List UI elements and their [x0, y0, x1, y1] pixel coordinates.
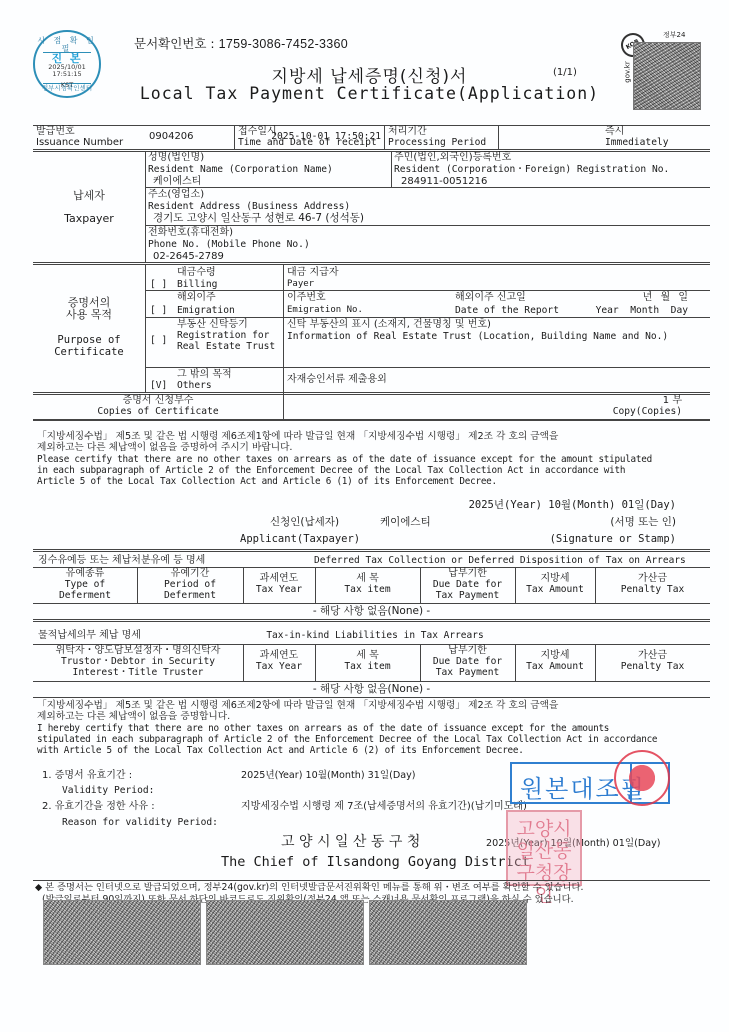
official-seal-stamp: 고양시 일산동 구청장인 — [506, 810, 582, 886]
issuer-en: The Chief of Ilsandong Goyang District — [221, 857, 530, 868]
in-kind-empty: - 해당 사항 없음(None) - — [33, 684, 710, 695]
purpose-label-en-1: Purpose of — [33, 335, 145, 346]
validity-value: 2025년(Year) 10월(Month) 31일(Day) — [241, 770, 416, 781]
deferred-col-0-line-1: Type of — [33, 579, 137, 590]
deferred-col-0-line-2: Deferment — [33, 590, 137, 601]
others-label-ko: 그 밖의 목적 — [177, 369, 232, 380]
deferred-col-6-line-0: 가산금 — [595, 573, 710, 584]
name-label-ko: 성명(법인명) — [148, 152, 204, 163]
copies-value-en: Copy(Copies) — [560, 406, 682, 417]
others-label-en: Others — [177, 380, 212, 391]
applicant-label-ko: 신청인(납세자) — [270, 517, 339, 528]
processing-label-en: Processing Period — [388, 137, 486, 148]
validity-label-ko: 1. 증명서 유효기간 : — [42, 770, 132, 781]
in-kind-col-0-line-0: 위탁자・양도담보설정자・명의신탁자 — [33, 645, 243, 656]
deferred-col-5-line-1: Tax Amount — [515, 584, 595, 595]
report-date-label-en: Date of the Report — [455, 305, 559, 316]
issuer-ko: 고 양 시 일 산 동 구 청 — [281, 837, 420, 848]
barcode-3 — [369, 900, 527, 965]
in-kind-col-1-line-1: Tax Year — [243, 661, 315, 672]
deferred-col-1-line-1: Period of — [137, 579, 243, 590]
reason-label-en: Reason for validity Period: — [62, 817, 218, 828]
in-kind-col-0-line-2: Interest・Title Truster — [33, 667, 243, 678]
in-kind-title-en: Tax-in-kind Liabilities in Tax Arrears — [240, 630, 510, 641]
address-value: 경기도 고양시 일산동구 성현로 46-7 (성석동) — [153, 213, 364, 224]
phone-value: 02-2645-2789 — [153, 251, 224, 262]
processing-value-ko: 즉시 — [605, 126, 624, 137]
request-ko-2: 제외하고는 다른 체납액이 없음을 증명하여 주시기 바랍니다. — [37, 443, 293, 454]
deferred-title-en: Deferred Tax Collection or Deferred Disp… — [314, 555, 674, 566]
in-kind-col-0-line-1: Trustor・Debtor in Security — [33, 656, 243, 667]
others-checkbox[interactable]: [V] — [150, 380, 167, 391]
billing-label-en: Billing — [177, 279, 217, 290]
trust-info-label-en: Information of Real Estate Trust (Locati… — [287, 331, 668, 342]
billing-label-ko: 대금수령 — [177, 267, 216, 278]
address-label-ko: 주소(영업소) — [148, 189, 204, 200]
deferred-col-3-line-0: 세 목 — [315, 573, 420, 584]
deferred-col-1-line-0: 유예기간 — [137, 568, 243, 579]
barcode-2 — [206, 900, 364, 965]
issuance-number-label-ko: 발급번호 — [36, 126, 75, 137]
taxpayer-label-ko: 납세자 — [33, 190, 145, 201]
purpose-label-ko-2: 사용 목적 — [33, 309, 145, 320]
emigration-no-label-en: Emigration No. — [287, 305, 363, 316]
deferred-col-1-line-2: Deferment — [137, 590, 243, 601]
processing-label-ko: 처리기간 — [388, 126, 427, 137]
request-en-3: Article 5 of the Local Tax Collection Ac… — [37, 477, 497, 488]
in-kind-col-3-line-0: 납부기한 — [420, 645, 515, 656]
qr-code — [633, 42, 701, 110]
in-kind-title-ko: 물적납세의무 체납 명세 — [38, 630, 141, 641]
sign-label-en: (Signature or Stamp) — [540, 534, 676, 545]
regno-label-en: Resident (Corporation・Foreign) Registrat… — [394, 164, 669, 175]
in-kind-col-2-line-0: 세 목 — [315, 650, 420, 661]
payer-label-en: Payer — [287, 279, 314, 290]
report-date-label-ko: 해외이주 신고일 — [455, 292, 526, 303]
name-label-en: Resident Name (Corporation Name) — [148, 164, 333, 175]
qr-label: 정부24 — [663, 30, 685, 40]
report-date-ko: 년 월 일 — [600, 292, 688, 303]
deferred-col-4-line-0: 납부기한 — [420, 568, 515, 579]
sign-label-ko: (서명 또는 인) — [560, 517, 676, 528]
issuance-number-value: 0904206 — [149, 131, 194, 142]
receipt-value: 2025-10-01 17:50:21 — [271, 131, 381, 142]
purpose-label-en-2: Certificate — [33, 347, 145, 358]
reason-label-ko: 2. 유효기간을 정한 사유 : — [42, 801, 155, 812]
in-kind-col-5-line-0: 가산금 — [595, 650, 710, 661]
applicant-value: 케이에스티 — [380, 517, 431, 528]
in-kind-col-2-line-1: Tax item — [315, 661, 420, 672]
issuance-number-label-en: Issuance Number — [36, 137, 123, 148]
name-value: 케이에스티 — [153, 176, 201, 187]
copies-value-ko: 1 부 — [560, 395, 682, 406]
deferred-col-0-line-0: 유예종류 — [33, 568, 137, 579]
deferred-col-2-line-0: 과세연도 — [243, 573, 315, 584]
barcode-1 — [43, 900, 201, 965]
reason-value: 지방세징수법 시행령 제 7조(납세증명서의 유효기간)(납기미도래) — [241, 801, 527, 812]
real-estate-label-en-2: Real Estate Trust — [177, 341, 275, 352]
seal-top-text: 시 점 확 인 필 — [35, 37, 99, 53]
cert-en-3: with Article 5 of the Local Tax Collecti… — [37, 746, 524, 757]
emigration-label-ko: 해외이주 — [177, 292, 216, 303]
gov-kr-label: gov.kr — [624, 61, 632, 82]
footer-note-1: ◆ 본 증명서는 인터넷으로 발급되었으며, 정부24(gov.kr)의 인터넷… — [35, 883, 583, 894]
copies-label-en: Copies of Certificate — [33, 406, 283, 417]
billing-checkbox[interactable]: [ ] — [150, 279, 167, 290]
processing-value-en: Immediately — [605, 137, 669, 148]
request-date: 2025년(Year) 10월(Month) 01일(Day) — [440, 500, 676, 511]
in-kind-col-5-line-1: Penalty Tax — [595, 661, 710, 672]
document-confirm-number: 문서확인번호 : 1759-3086-7452-3360 — [134, 34, 348, 52]
address-label-en: Resident Address (Business Address) — [148, 201, 350, 212]
deferred-col-2-line-1: Tax Year — [243, 584, 315, 595]
validity-label-en: Validity Period: — [62, 785, 154, 796]
deferred-col-6-line-1: Penalty Tax — [595, 584, 710, 595]
deferred-col-4-line-1: Due Date for — [420, 579, 515, 590]
page-count: (1/1) — [553, 67, 577, 78]
real-estate-label-ko: 부동산 신탁등기 — [177, 319, 248, 330]
page-title-english: Local Tax Payment Certificate(Applicatio… — [0, 84, 729, 103]
regno-label-ko: 주민(법인,외국인)등록번호 — [394, 152, 511, 163]
doc-confirm-value: 1759-3086-7452-3360 — [219, 37, 348, 51]
trust-info-label-ko: 신탁 부동산의 표시 (소재지, 건물명칭 및 번호) — [287, 319, 491, 330]
phone-label-ko: 전화번호(휴대전화) — [148, 227, 233, 238]
emigration-label-en: Emigration — [177, 305, 235, 316]
applicant-label-en: Applicant(Taxpayer) — [240, 534, 360, 545]
in-kind-col-4-line-1: Tax Amount — [515, 661, 595, 672]
deferred-col-5-line-0: 지방세 — [515, 573, 595, 584]
taxpayer-label-en: Taxpayer — [33, 213, 145, 224]
in-kind-col-3-line-2: Tax Payment — [420, 667, 515, 678]
purpose-label-ko-1: 증명서의 — [33, 297, 145, 308]
copies-label-ko: 증명서 신청부수 — [33, 395, 283, 406]
doc-confirm-label: 문서확인번호 : — [134, 36, 215, 51]
in-kind-col-3-line-1: Due Date for — [420, 656, 515, 667]
emigration-no-label-ko: 이주번호 — [287, 292, 326, 303]
real-estate-checkbox[interactable]: [ ] — [150, 335, 167, 346]
payer-label-ko: 대금 지급자 — [287, 267, 338, 278]
deferred-col-4-line-2: Tax Payment — [420, 590, 515, 601]
in-kind-col-4-line-0: 지방세 — [515, 650, 595, 661]
emigration-checkbox[interactable]: [ ] — [150, 305, 167, 316]
deferred-col-3-line-1: Tax item — [315, 584, 420, 595]
others-value: 자재승인서류 제출용외 — [287, 374, 387, 385]
in-kind-col-1-line-0: 과세연도 — [243, 650, 315, 661]
cert-ko-2: 제외하고는 다른 체납액이 없음을 증명합니다. — [37, 712, 230, 723]
deferred-title-ko: 징수유예등 또는 체납처분유예 등 명세 — [38, 555, 205, 566]
regno-value: 284911-0051216 — [401, 176, 487, 187]
red-round-seal-icon — [614, 750, 670, 806]
deferred-empty: - 해당 사항 없음(None) - — [33, 606, 710, 617]
phone-label-en: Phone No. (Mobile Phone No.) — [148, 239, 310, 250]
report-date-en: Year Month Day — [590, 305, 688, 316]
real-estate-label-en-1: Registration for — [177, 330, 269, 341]
